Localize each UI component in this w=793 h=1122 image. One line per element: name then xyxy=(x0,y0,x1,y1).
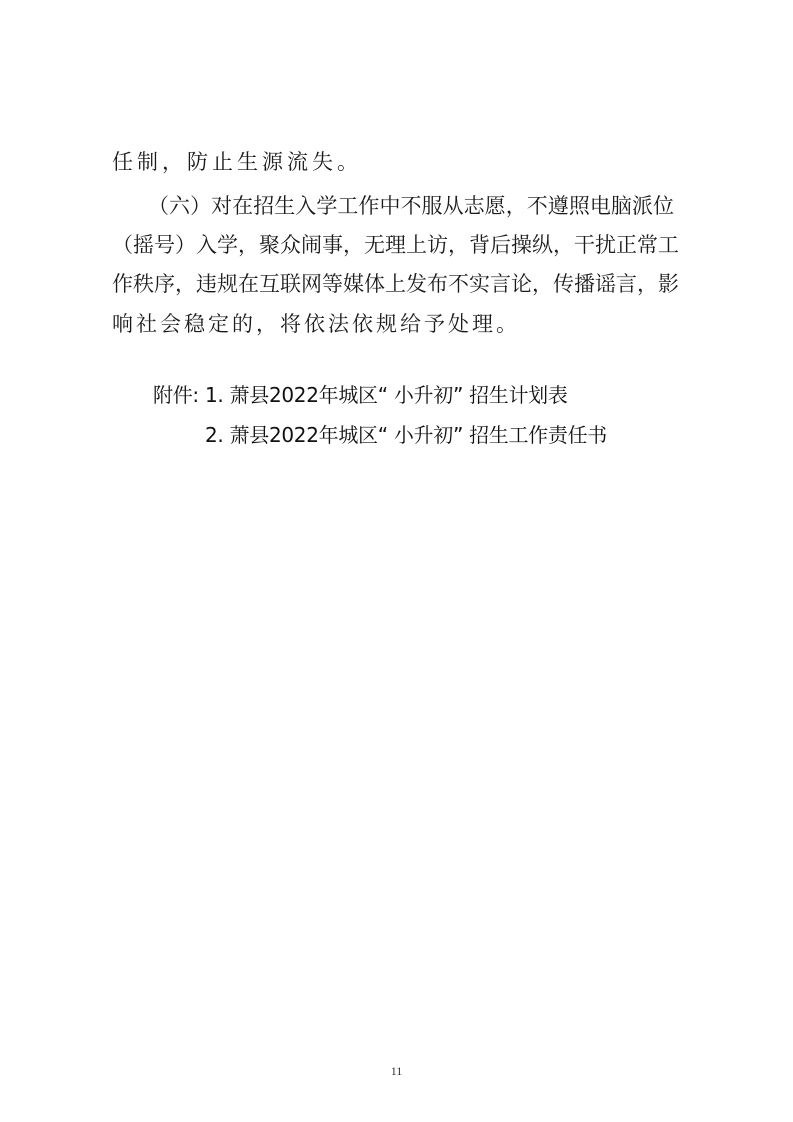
paragraph-line: 作秩序，违规在互联网等媒体上发布不实言论，传播谣言，影 xyxy=(112,270,674,298)
attachment-item: 1. 萧县2022年城区“ 小升初” 招生计划表 xyxy=(205,381,568,409)
page-number: 11 xyxy=(0,1064,793,1079)
paragraph-line: （摇号）入学，聚众闹事，无理上访，背后操纵，干扰正常工 xyxy=(112,231,674,259)
attachments-label: 附件: xyxy=(153,381,199,409)
paragraph-line: （六）对在招生入学工作中不服从志愿，不遵照电脑派位 xyxy=(148,192,674,220)
paragraph-line: 响社会稳定的，将依法依规给予处理。 xyxy=(112,310,674,338)
paragraph-line: 任制，防止生源流失。 xyxy=(112,148,674,176)
attachment-item: 2. 萧县2022年城区“ 小升初” 招生工作责任书 xyxy=(205,421,607,449)
